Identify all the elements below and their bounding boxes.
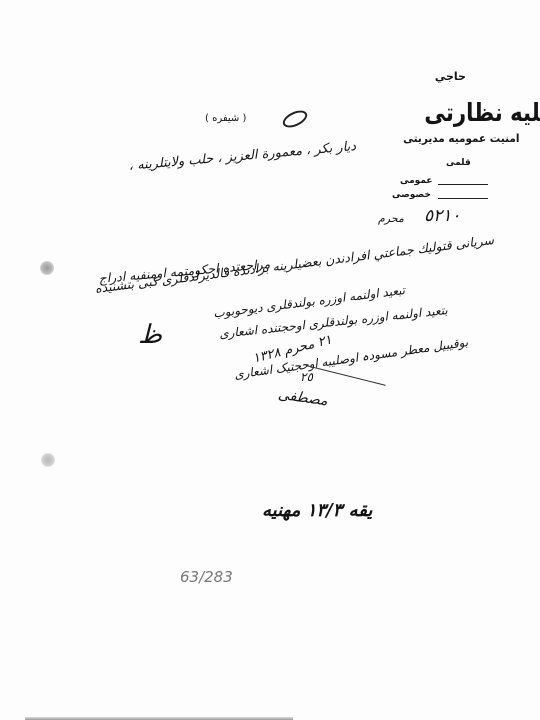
bottom-note: یقه ١٣/٣ مهنیه (262, 500, 372, 521)
letterhead-department: امنیت عمومیه مدیریتی (403, 132, 519, 145)
umumi-label: عمومی (400, 176, 433, 186)
signature: مصطفی (277, 387, 329, 410)
letterhead-kalem-label: قلمی (446, 158, 471, 168)
umumi-line (438, 184, 488, 185)
hususi-label: خصوصی (392, 190, 431, 200)
paraf-initial: ظ (138, 320, 162, 350)
cipher-label: ( شیفره ) (205, 113, 246, 124)
document-month: محرم (378, 212, 404, 225)
archive-number: 63/283 (180, 568, 233, 586)
letterhead-ministry: داخلیه نظارتی (424, 98, 540, 127)
punch-hole-mark (40, 261, 54, 275)
punch-hole-mark (41, 453, 55, 467)
handwritten-mark (280, 107, 309, 131)
day-note: ٢٥ (300, 370, 313, 384)
document-number: ٥٢١٠ (424, 206, 461, 226)
hususi-line (438, 198, 488, 199)
letterhead-tughra: حاجي (436, 72, 466, 82)
document-page: حاجي داخلیه نظارتی امنیت عمومیه مدیریتی … (0, 0, 540, 720)
addressees: دیار بکر ، معمورة العزیز ، حلب ولایتلرین… (128, 139, 356, 174)
body-line: سریانی قتوليك جماعتي افرادندن بعضیلرینه … (94, 232, 495, 296)
signature-line (306, 365, 386, 386)
